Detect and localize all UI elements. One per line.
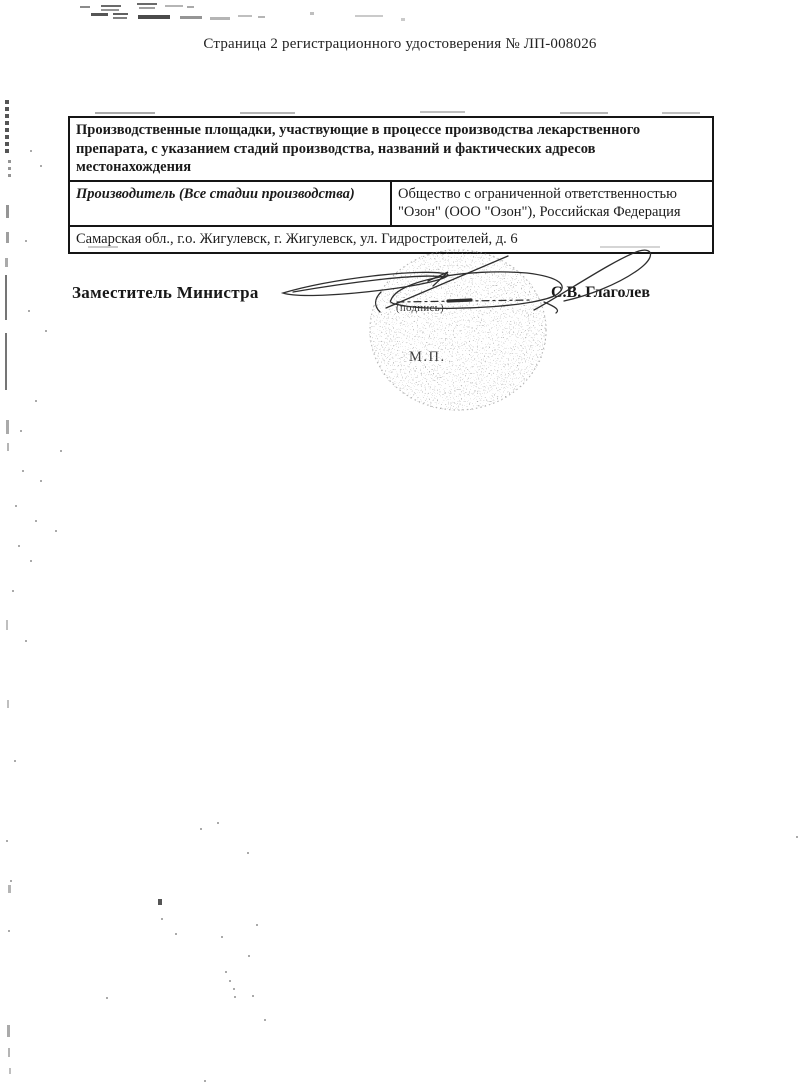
signature-caption: (подпись) bbox=[396, 303, 444, 314]
page-title: Страница 2 регистрационного удостоверени… bbox=[0, 36, 800, 53]
handwritten-signature bbox=[283, 250, 651, 313]
table-row: Производитель (Все стадии производства) … bbox=[69, 181, 713, 226]
signer-position-title: Заместитель Министра bbox=[72, 283, 259, 303]
production-sites-table: Производственные площадки, участвующие в… bbox=[68, 116, 714, 254]
producer-name-cell: Общество с ограниченной ответственностью… bbox=[391, 181, 713, 226]
document-page: Страница 2 регистрационного удостоверени… bbox=[0, 0, 800, 1089]
stamp-place-label: М.П. bbox=[409, 349, 446, 366]
producer-role-cell: Производитель (Все стадии производства) bbox=[69, 181, 391, 226]
round-stamp bbox=[369, 249, 547, 411]
table-row: Производственные площадки, участвующие в… bbox=[69, 117, 713, 181]
producer-address-cell: Самарская обл., г.о. Жигулевск, г. Жигул… bbox=[69, 226, 713, 253]
signer-name: С.В. Глаголев bbox=[551, 284, 650, 302]
table-row: Самарская обл., г.о. Жигулевск, г. Жигул… bbox=[69, 226, 713, 253]
table-title-cell: Производственные площадки, участвующие в… bbox=[69, 117, 713, 181]
